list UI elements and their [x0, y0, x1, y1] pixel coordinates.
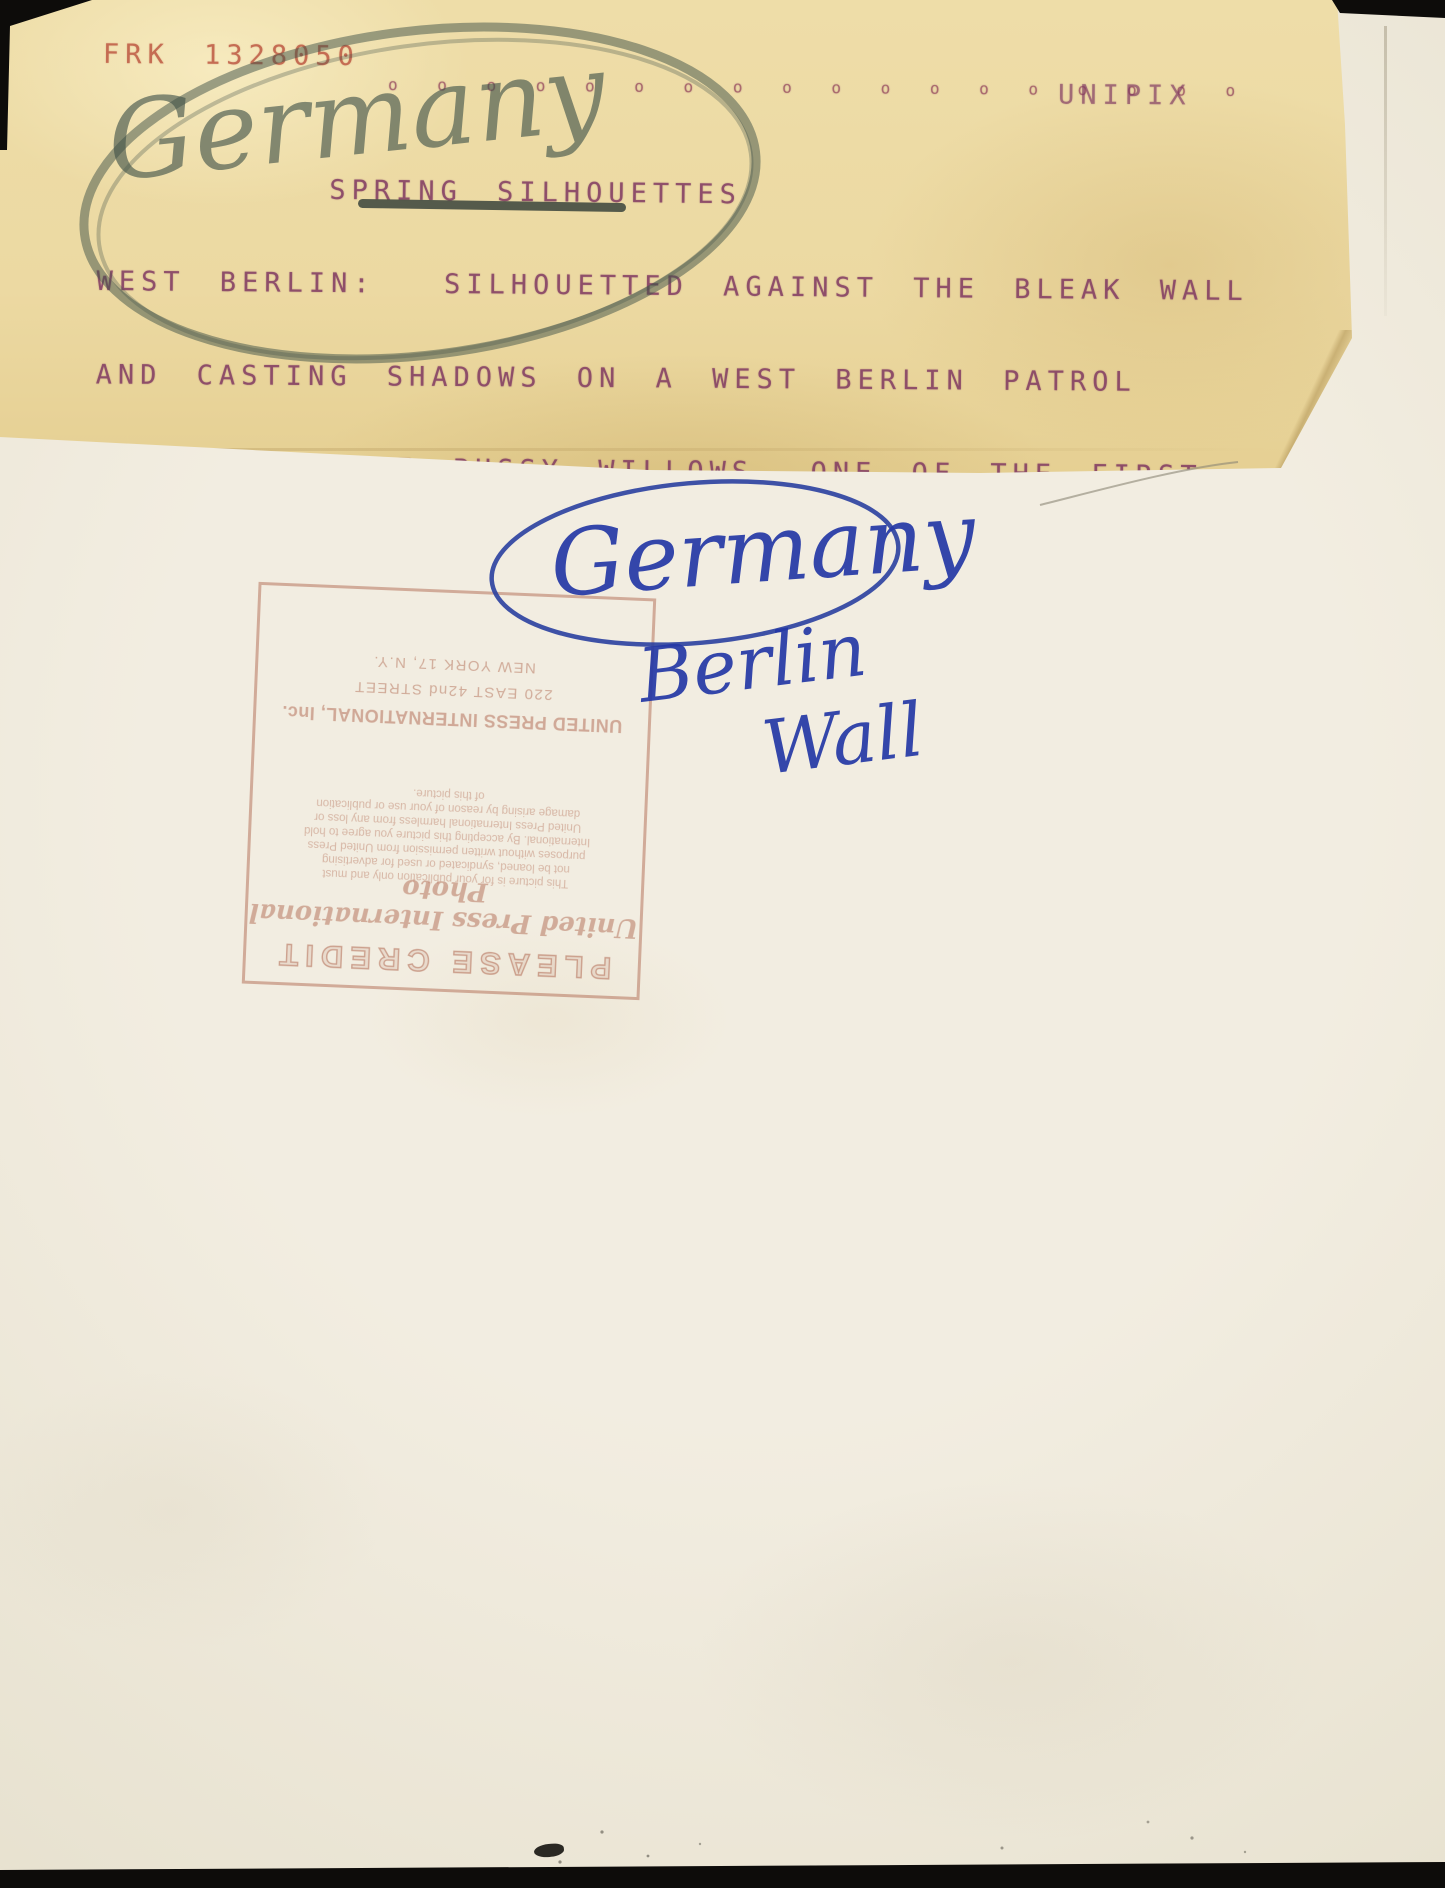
agency-name: UNIPIX — [1058, 80, 1192, 112]
stamp-please-credit: PLEASE CREDIT — [245, 935, 638, 987]
dust-speckles — [558, 1821, 1246, 1864]
photo-verso-scan: FRK 1328050 o o o o o o o o o o o o o o … — [0, 0, 1445, 1888]
caption-line: WEST BERLIN: SILHOUETTED AGAINST THE BLE… — [96, 267, 1248, 308]
stamp-fine-print: This picture is for your publication onl… — [249, 779, 645, 893]
photo-serial-number: FRK 1328050 — [103, 39, 360, 72]
scan-edge-bottom — [0, 1858, 1445, 1888]
slip-folded-corner — [1256, 330, 1366, 480]
scan-edge-top-right — [1325, 0, 1445, 22]
caption-line: POLICEMAN, ARE PUSSY WILLOWS, ONE OF THE… — [95, 452, 1247, 493]
stamp-company-name: UNITED PRESS INTERNATIONAL, Inc. — [256, 700, 649, 737]
ink-wall-text: Wall — [758, 687, 928, 792]
paper-fold-line — [1384, 26, 1387, 316]
caption-slip: FRK 1328050 o o o o o o o o o o o o o o … — [0, 0, 1360, 482]
ink-berlin-text: Berlin — [632, 607, 871, 720]
caption-title: SPRING SILHOUETTES — [97, 173, 1250, 216]
ink-smudge — [533, 1842, 564, 1858]
caption-line: AND CASTING SHADOWS ON A WEST BERLIN PAT… — [96, 360, 1248, 399]
upi-credit-stamp: PLEASE CREDIT United Press International… — [242, 582, 656, 1000]
caption-credit-line: CREDIT LINE (UPI PHOTO) 4/25/62 ET — [90, 1009, 1242, 1050]
